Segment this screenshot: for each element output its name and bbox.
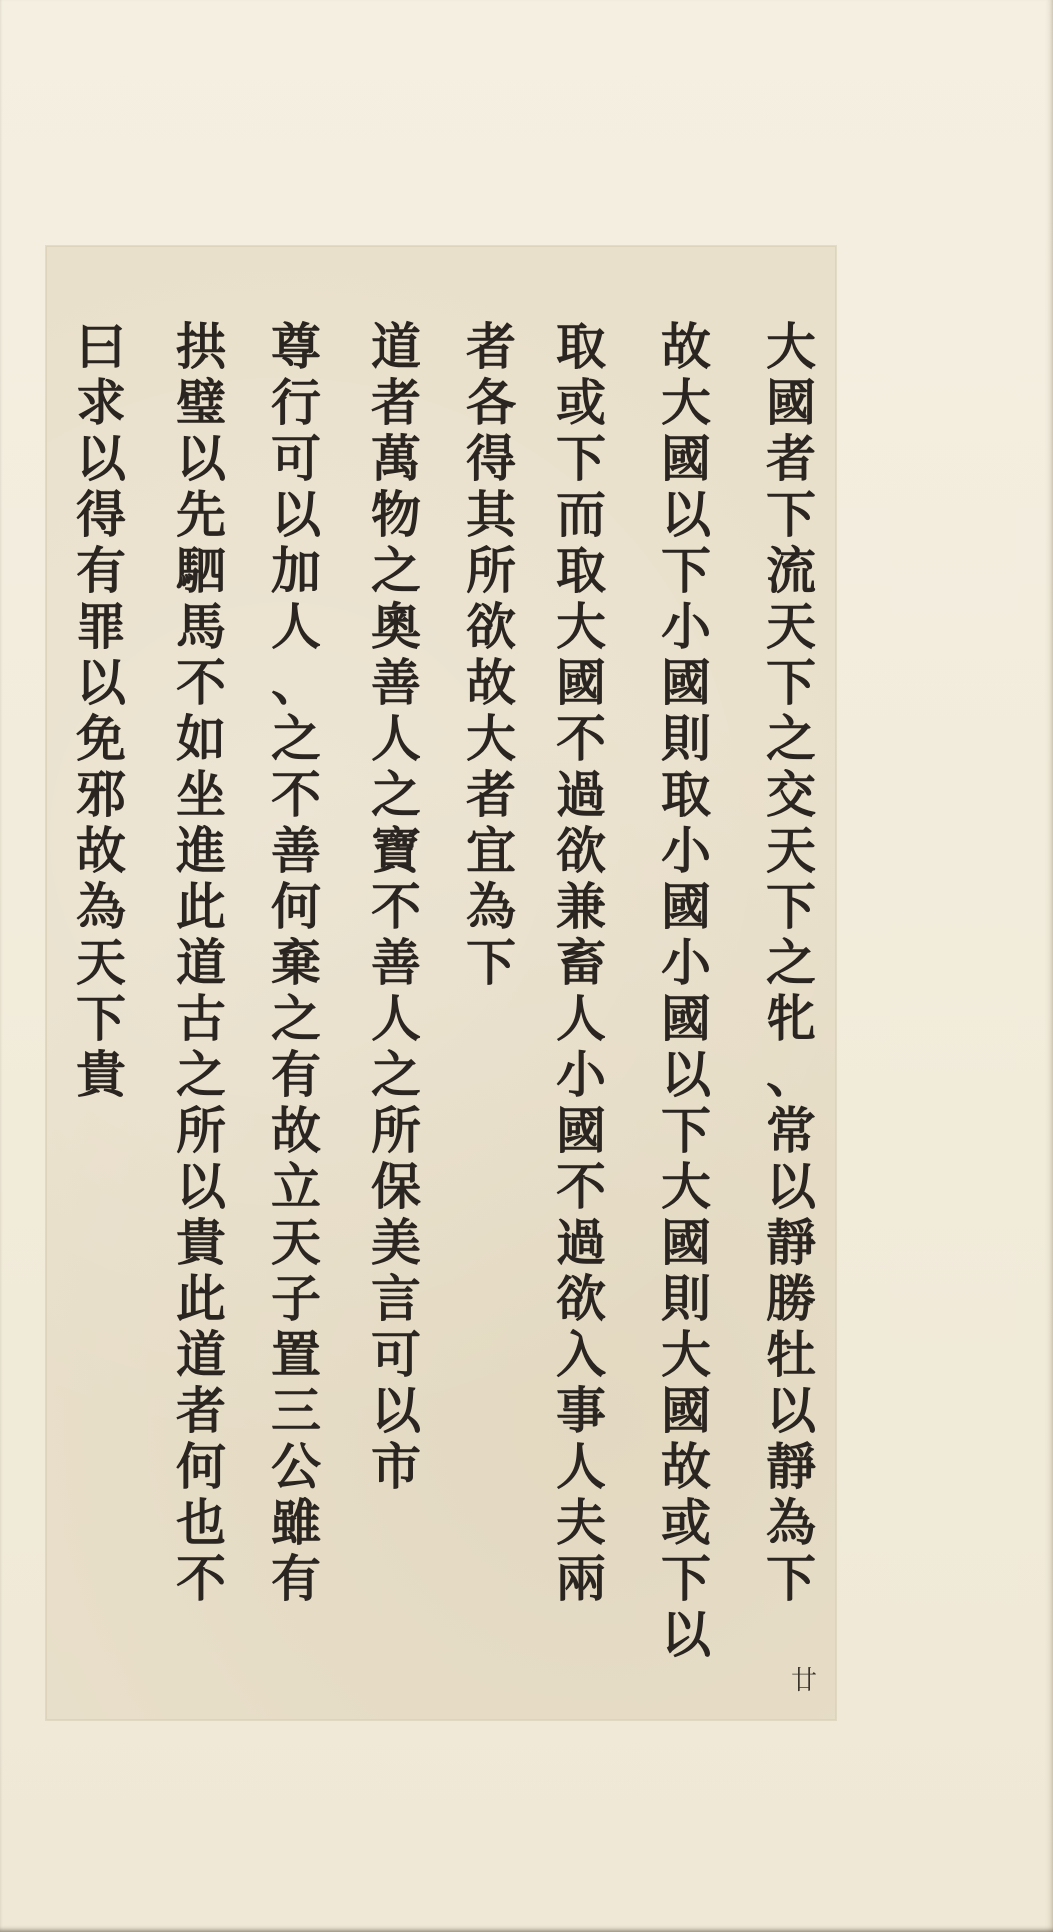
character: 國	[546, 1103, 616, 1159]
character: 兼	[546, 879, 616, 935]
character: 如	[166, 711, 236, 767]
character: 之	[261, 711, 331, 767]
character: 小	[546, 1047, 616, 1103]
character: 奧	[361, 599, 431, 655]
character: 故	[651, 319, 721, 375]
character: 不	[261, 767, 331, 823]
character: 道	[361, 319, 431, 375]
character: 善	[261, 823, 331, 879]
character: 善	[361, 935, 431, 991]
character: 、	[261, 655, 331, 711]
character: 天	[756, 599, 826, 655]
character: 公	[261, 1439, 331, 1495]
character: 貴	[166, 1215, 236, 1271]
character: 大	[651, 1159, 721, 1215]
character: 國	[756, 375, 826, 431]
character: 事	[546, 1383, 616, 1439]
character: 以	[261, 487, 331, 543]
character: 加	[261, 543, 331, 599]
character: 欲	[456, 599, 526, 655]
character: 小	[651, 935, 721, 991]
character: 寶	[361, 823, 431, 879]
character: 可	[261, 431, 331, 487]
character: 小	[651, 599, 721, 655]
character: 下	[756, 879, 826, 935]
character: 為	[756, 1495, 826, 1551]
character: 萬	[361, 431, 431, 487]
character: 交	[756, 767, 826, 823]
text-column-7: 拱璧以先駟馬不如坐進此道古之所以貴此道者何也不	[166, 319, 236, 1607]
character: 者	[456, 767, 526, 823]
text-column-4: 者各得其所欲故大者宜為下	[456, 319, 526, 991]
character: 善	[361, 655, 431, 711]
character: 之	[361, 1047, 431, 1103]
character: 道	[166, 935, 236, 991]
character: 下	[651, 1103, 721, 1159]
character: 大	[651, 1327, 721, 1383]
character: 此	[166, 1271, 236, 1327]
text-column-1: 大國者下流天下之交天下之牝、常以靜勝牡以靜為下	[756, 319, 826, 1607]
character: 免	[66, 711, 136, 767]
character: 國	[651, 431, 721, 487]
character: 人	[546, 1439, 616, 1495]
character: 得	[456, 431, 526, 487]
character: 之	[261, 991, 331, 1047]
character: 置	[261, 1327, 331, 1383]
character: 何	[261, 879, 331, 935]
character: 以	[756, 1159, 826, 1215]
character: 之	[756, 935, 826, 991]
character: 下	[651, 1551, 721, 1607]
character: 天	[261, 1215, 331, 1271]
character: 之	[361, 543, 431, 599]
character: 以	[651, 1607, 721, 1663]
character: 得	[66, 487, 136, 543]
character: 或	[651, 1495, 721, 1551]
character: 、	[756, 1047, 826, 1103]
character: 國	[651, 655, 721, 711]
character: 可	[361, 1327, 431, 1383]
character: 過	[546, 767, 616, 823]
character: 入	[546, 1327, 616, 1383]
character: 以	[651, 1047, 721, 1103]
character: 者	[756, 431, 826, 487]
character: 雖	[261, 1495, 331, 1551]
character: 何	[166, 1439, 236, 1495]
character: 而	[546, 487, 616, 543]
character: 故	[651, 1439, 721, 1495]
character: 言	[361, 1271, 431, 1327]
character: 者	[166, 1383, 236, 1439]
character: 以	[66, 655, 136, 711]
character: 馬	[166, 599, 236, 655]
character: 尊	[261, 319, 331, 375]
character: 美	[361, 1215, 431, 1271]
character: 所	[456, 543, 526, 599]
character: 下	[546, 431, 616, 487]
character: 為	[66, 879, 136, 935]
character: 市	[361, 1439, 431, 1495]
character: 勝	[756, 1271, 826, 1327]
character: 以	[756, 1383, 826, 1439]
character: 有	[261, 1551, 331, 1607]
character: 其	[456, 487, 526, 543]
character: 人	[361, 711, 431, 767]
character: 不	[166, 1551, 236, 1607]
character: 牡	[756, 1327, 826, 1383]
character: 取	[546, 319, 616, 375]
character: 各	[456, 375, 526, 431]
character: 天	[66, 935, 136, 991]
character: 行	[261, 375, 331, 431]
character: 過	[546, 1215, 616, 1271]
character: 流	[756, 543, 826, 599]
character: 貴	[66, 1047, 136, 1103]
text-column-8: 曰求以得有罪以免邪故為天下貴	[66, 319, 136, 1103]
character: 璧	[166, 375, 236, 431]
character: 大	[456, 711, 526, 767]
character: 國	[651, 1383, 721, 1439]
character: 之	[361, 767, 431, 823]
character: 宜	[456, 823, 526, 879]
text-column-6: 尊行可以加人、之不善何棄之有故立天子置三公雖有	[261, 319, 331, 1607]
character: 罪	[66, 599, 136, 655]
character: 下	[651, 543, 721, 599]
character: 坐	[166, 767, 236, 823]
character: 小	[651, 823, 721, 879]
character: 以	[166, 431, 236, 487]
character: 不	[166, 655, 236, 711]
character: 人	[546, 991, 616, 1047]
character: 兩	[546, 1551, 616, 1607]
character: 夫	[546, 1495, 616, 1551]
character: 畜	[546, 935, 616, 991]
character: 進	[166, 823, 236, 879]
character: 欲	[546, 1271, 616, 1327]
character: 國	[651, 879, 721, 935]
character: 下	[756, 655, 826, 711]
character: 物	[361, 487, 431, 543]
character: 下	[456, 935, 526, 991]
character: 曰	[66, 319, 136, 375]
character: 常	[756, 1103, 826, 1159]
character: 下	[756, 1551, 826, 1607]
character: 國	[546, 655, 616, 711]
character: 所	[361, 1103, 431, 1159]
character: 則	[651, 1271, 721, 1327]
character: 為	[456, 879, 526, 935]
character: 故	[456, 655, 526, 711]
character: 取	[546, 543, 616, 599]
character: 人	[361, 991, 431, 1047]
character: 不	[361, 879, 431, 935]
character: 求	[66, 375, 136, 431]
character: 故	[66, 823, 136, 879]
page-number-mark: 廿	[791, 1660, 817, 1697]
character: 有	[66, 543, 136, 599]
character: 取	[651, 767, 721, 823]
character: 故	[261, 1103, 331, 1159]
character: 欲	[546, 823, 616, 879]
character: 以	[361, 1383, 431, 1439]
character: 之	[756, 711, 826, 767]
character: 駟	[166, 543, 236, 599]
character: 人	[261, 599, 331, 655]
character: 下	[66, 991, 136, 1047]
character: 以	[166, 1159, 236, 1215]
character: 國	[651, 1215, 721, 1271]
character: 三	[261, 1383, 331, 1439]
character: 大	[546, 599, 616, 655]
character: 也	[166, 1495, 236, 1551]
character: 以	[66, 431, 136, 487]
character: 靜	[756, 1439, 826, 1495]
character: 保	[361, 1159, 431, 1215]
character: 者	[361, 375, 431, 431]
character: 此	[166, 879, 236, 935]
character: 棄	[261, 935, 331, 991]
character: 以	[651, 487, 721, 543]
text-column-2: 故大國以下小國則取小國小國以下大國則大國故或下以	[651, 319, 721, 1663]
character: 不	[546, 1159, 616, 1215]
character: 大	[651, 375, 721, 431]
calligraphy-panel: 大國者下流天下之交天下之牝、常以靜勝牡以靜為下 故大國以下小國則取小國小國以下大…	[46, 246, 836, 1720]
character: 大	[756, 319, 826, 375]
character: 或	[546, 375, 616, 431]
character: 立	[261, 1159, 331, 1215]
character: 先	[166, 487, 236, 543]
character: 道	[166, 1327, 236, 1383]
character: 古	[166, 991, 236, 1047]
character: 有	[261, 1047, 331, 1103]
character: 者	[456, 319, 526, 375]
character: 子	[261, 1271, 331, 1327]
character: 國	[651, 991, 721, 1047]
character: 拱	[166, 319, 236, 375]
character: 靜	[756, 1215, 826, 1271]
character: 之	[166, 1047, 236, 1103]
character: 邪	[66, 767, 136, 823]
character: 所	[166, 1103, 236, 1159]
character: 不	[546, 711, 616, 767]
character: 下	[756, 487, 826, 543]
text-column-5: 道者萬物之奧善人之寶不善人之所保美言可以市	[361, 319, 431, 1495]
character: 牝	[756, 991, 826, 1047]
text-column-3: 取或下而取大國不過欲兼畜人小國不過欲入事人夫兩	[546, 319, 616, 1607]
character: 天	[756, 823, 826, 879]
character: 則	[651, 711, 721, 767]
